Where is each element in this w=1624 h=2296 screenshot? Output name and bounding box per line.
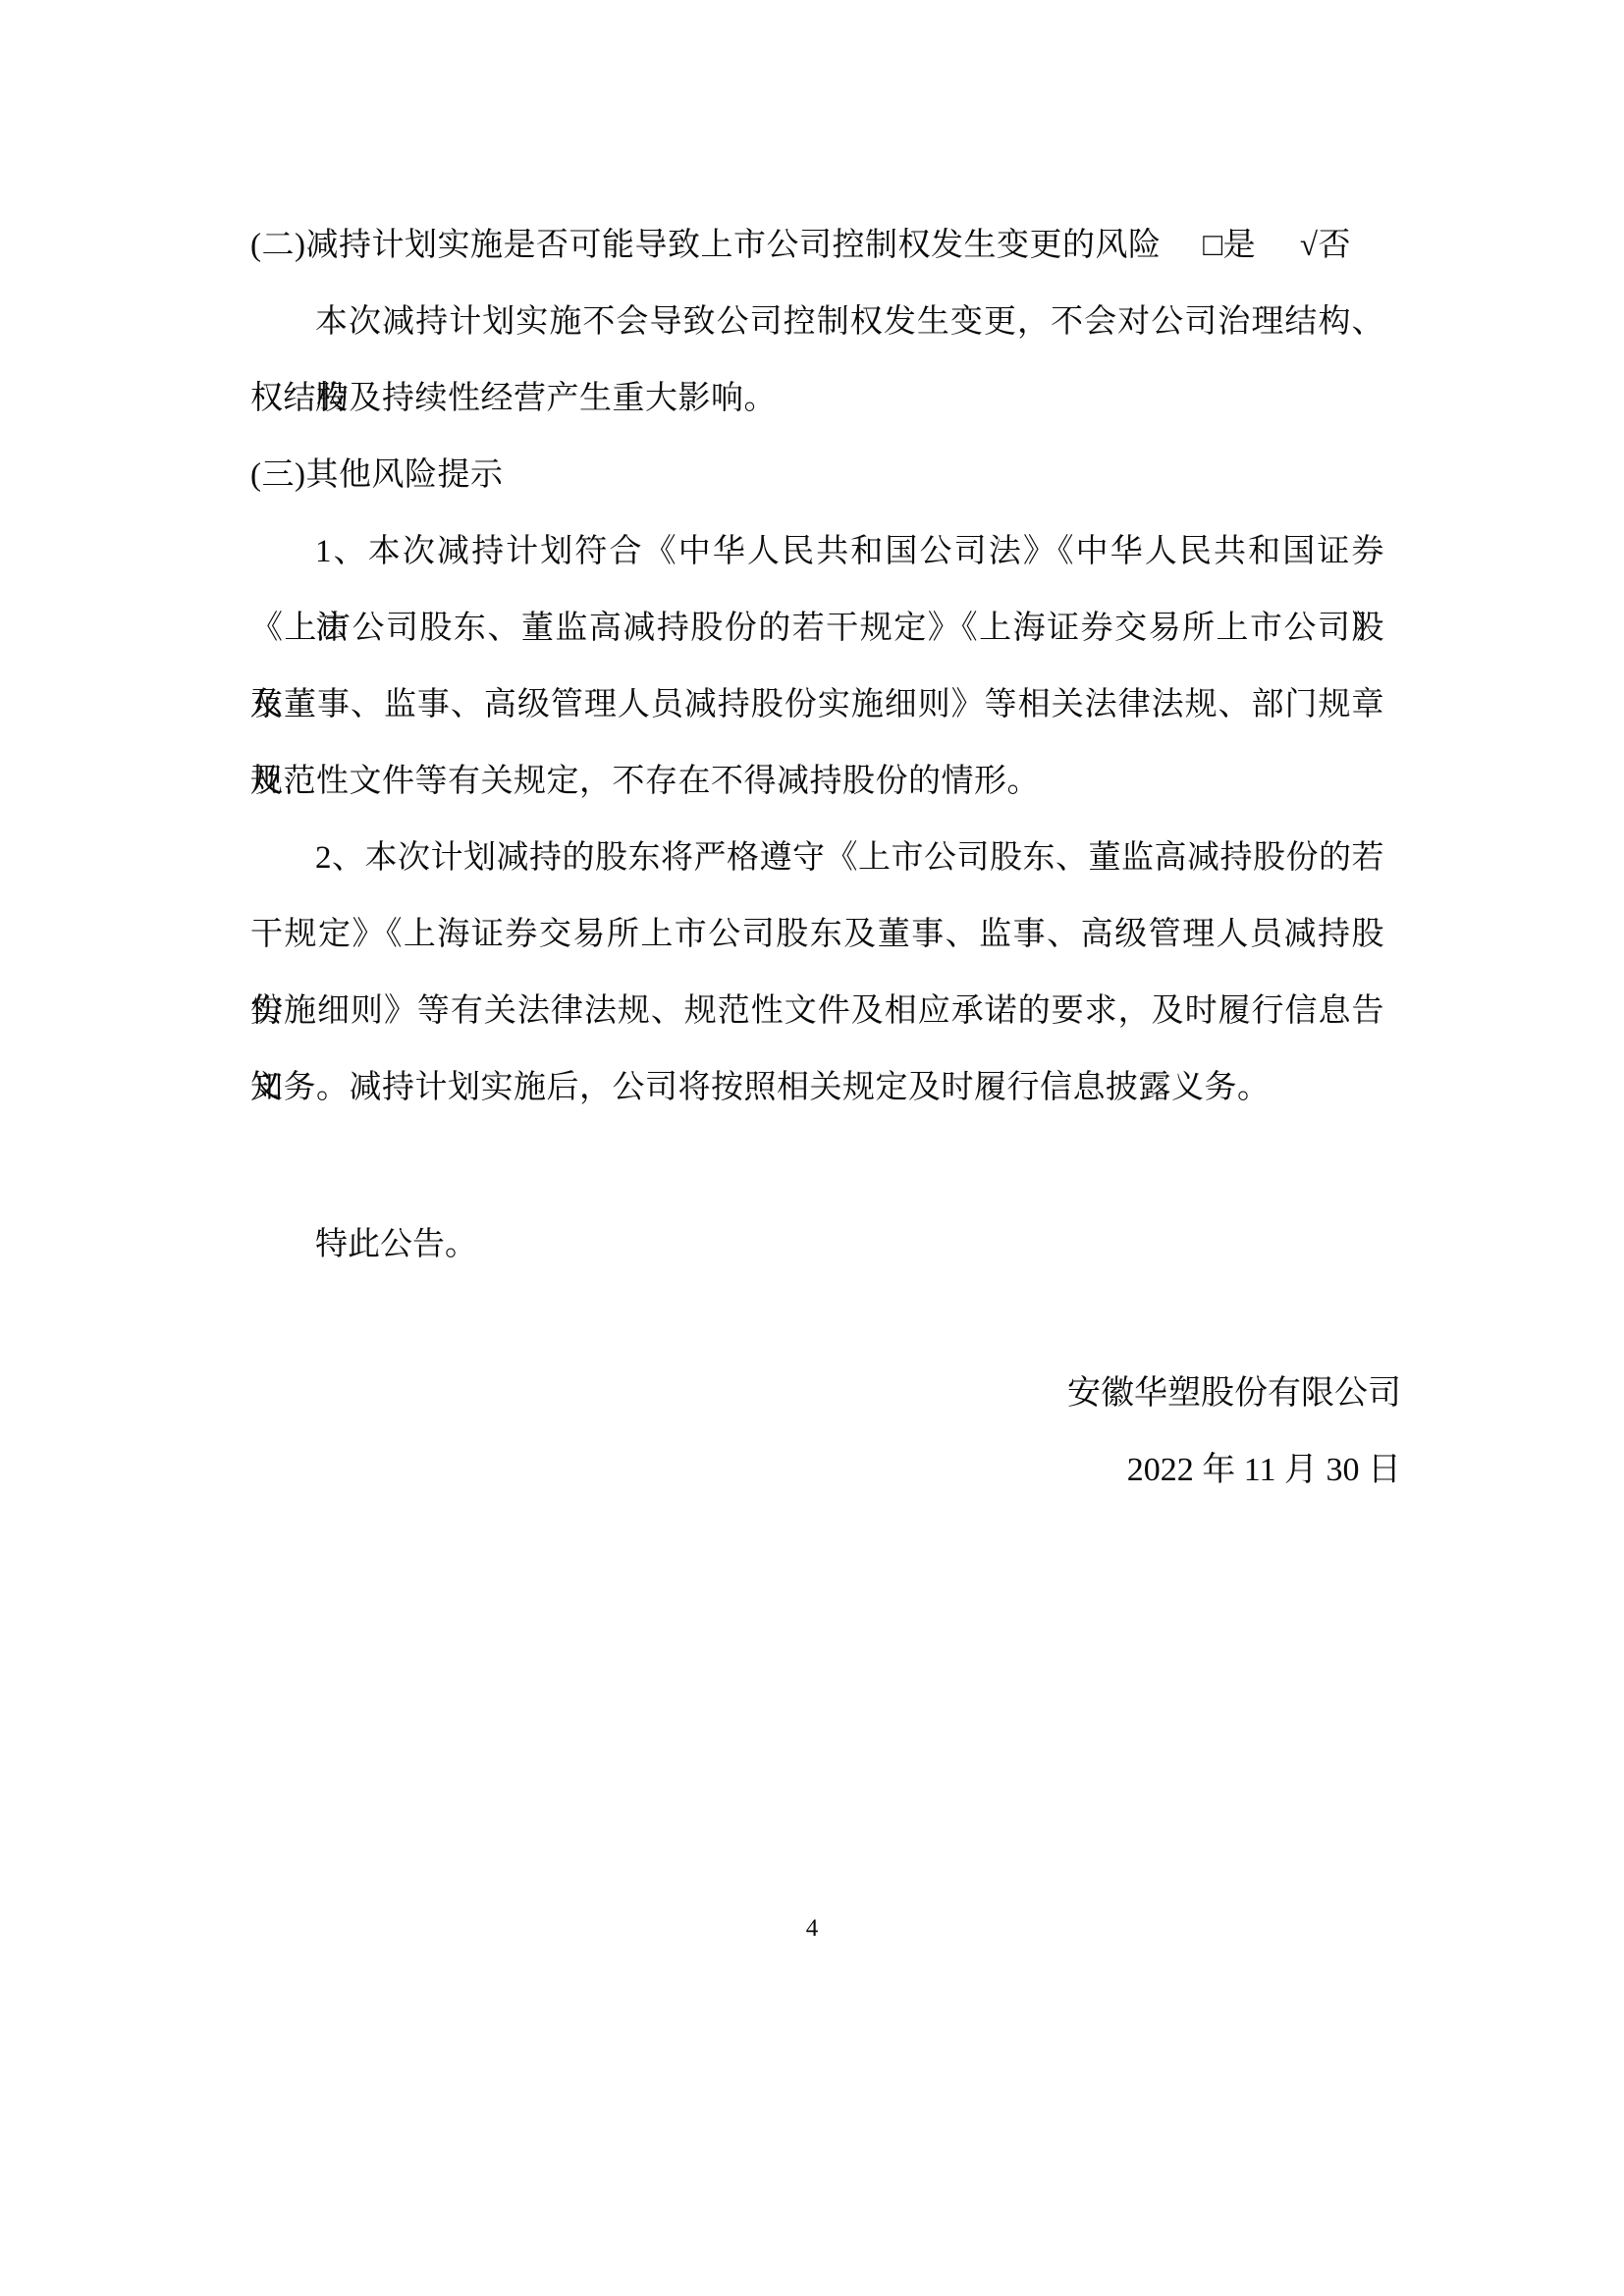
document-page: (二)减持计划实施是否可能导致上市公司控制权发生变更的风险 □是 √否 本次减持… [0,0,1624,2296]
signature-date: 2022 年 11 月 30 日 [1127,1432,1401,1509]
text-line: 2、本次计划减持的股东将严格遵守《上市公司股东、董监高减持股份的若 [250,820,1384,896]
text-line: 及董事、监事、高级管理人员减持股份实施细则》等相关法律法规、部门规章及 [250,667,1384,743]
text-line: 1、本次减持计划符合《中华人民共和国公司法》《中华人民共和国证券法》 [250,513,1384,590]
checkbox-no-option: √否 [1300,228,1351,263]
risk-statement-line: (二)减持计划实施是否可能导致上市公司控制权发生变更的风险 □是 √否 [250,207,1429,284]
text-line: 《上市公司股东、董监高减持股份的若干规定》《上海证券交易所上市公司股东 [250,590,1384,667]
text-line: 干规定》《上海证券交易所上市公司股东及董事、监事、高级管理人员减持股份 [250,896,1384,973]
text-line: (三)其他风险提示 [250,437,1384,513]
text-line: 权结构及持续性经营产生重大影响。 [250,360,1384,437]
closing-statement: 特此公告。 [315,1206,477,1283]
text-line: 义务。减持计划实施后，公司将按照相关规定及时履行信息披露义务。 [250,1049,1384,1126]
body-text: 本次减持计划实施不会导致公司控制权发生变更，不会对公司治理结构、股权结构及持续性… [250,284,1384,1126]
checkbox-yes-option: □是 [1203,228,1256,263]
page-number: 4 [0,1914,1624,1944]
text-line: 本次减持计划实施不会导致公司控制权发生变更，不会对公司治理结构、股 [250,284,1384,360]
text-line: 实施细则》等有关法律法规、规范性文件及相应承诺的要求，及时履行信息告知 [250,973,1384,1049]
signature-company-name: 安徽华塑股份有限公司 [1067,1356,1401,1432]
risk-question-text: (二)减持计划实施是否可能导致上市公司控制权发生变更的风险 [250,228,1161,263]
text-line: 规范性文件等有关规定，不存在不得减持股份的情形。 [250,743,1384,820]
